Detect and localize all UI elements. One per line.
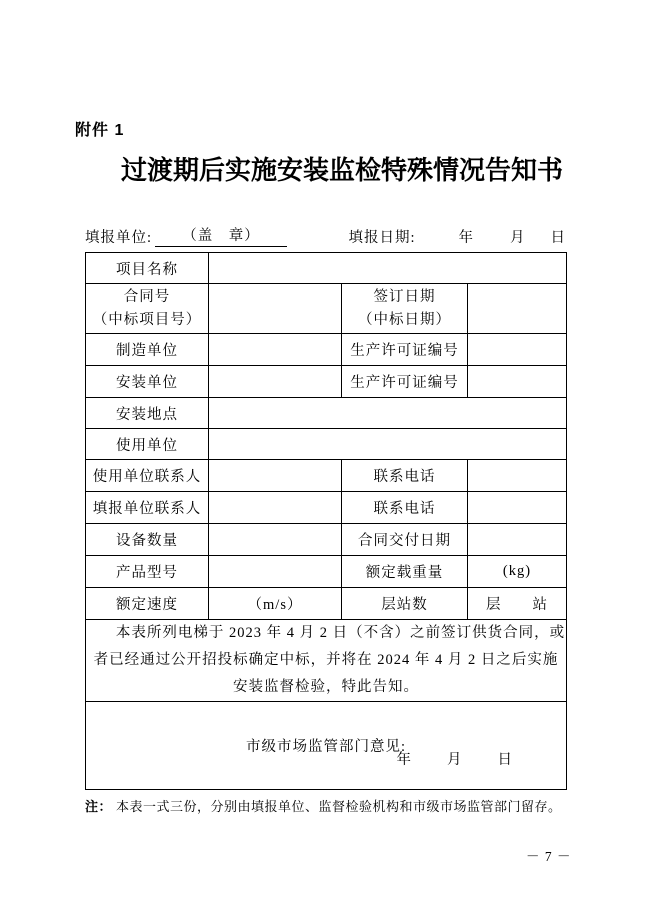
table-row: 项目名称 xyxy=(86,253,567,284)
label-cell: 项目名称 xyxy=(86,253,209,284)
fill-in-header-line: 填报单位: （盖 章） 填报日期: 年 月 日 xyxy=(85,224,566,247)
document-title: 过渡期后实施安装监检特殊情况告知书 xyxy=(121,150,563,187)
table-row: 安装单位 生产许可证编号 xyxy=(86,366,567,398)
report-date-label: 填报日期: xyxy=(348,226,415,247)
value-cell xyxy=(209,492,342,524)
table-row: 制造单位 生产许可证编号 xyxy=(86,334,567,366)
value-cell xyxy=(468,284,567,334)
month-label: 月 xyxy=(447,748,462,769)
label-cell: 额定速度 xyxy=(86,588,209,620)
table-row: 安装地点 xyxy=(86,398,567,429)
value-cell xyxy=(209,524,342,556)
label-cell: 签订日期 （中标日期） xyxy=(342,284,468,334)
table-row: 合同号 （中标项目号） 签订日期 （中标日期） xyxy=(86,284,567,334)
value-cell xyxy=(468,334,567,366)
label-cell: 使用单位 xyxy=(86,429,209,460)
year-label: 年 xyxy=(397,748,412,769)
value-cell xyxy=(468,492,567,524)
label-cell: 额定载重量 xyxy=(342,556,468,588)
day-label: 日 xyxy=(498,748,513,769)
table-row: 额定速度 （m/s） 层站数 层 站 xyxy=(86,588,567,620)
unit-cell: 层 站 xyxy=(468,588,567,620)
label-cell: 设备数量 xyxy=(86,524,209,556)
label-line: 合同号 xyxy=(86,286,208,309)
unit-cell: (kg) xyxy=(468,556,567,588)
value-cell xyxy=(209,460,342,492)
label-cell: 合同号 （中标项目号） xyxy=(86,284,209,334)
label-line: 签订日期 xyxy=(342,286,467,309)
footnote-text: 本表一式三份，分别由填报单位、监督检验机构和市级市场监管部门留存。 xyxy=(116,799,562,814)
year-label: 年 xyxy=(459,226,475,247)
opinion-date-line: 年 月 日 xyxy=(397,748,513,769)
table-row: 使用单位 xyxy=(86,429,567,460)
label-cell: 联系电话 xyxy=(342,460,468,492)
label-cell: 安装单位 xyxy=(86,366,209,398)
notice-text: 本表所列电梯于 2023 年 4 月 2 日（不含）之前签订供货合同，或者已经通… xyxy=(86,620,566,701)
label-cell: 使用单位联系人 xyxy=(86,460,209,492)
table-row: 设备数量 合同交付日期 xyxy=(86,524,567,556)
value-cell xyxy=(209,334,342,366)
form-table: 项目名称 合同号 （中标项目号） 签订日期 （中标日期） 制造单位 生产许可证编… xyxy=(85,252,567,790)
opinion-cell: 市级市场监管部门意见: 年 月 日 xyxy=(86,702,567,790)
table-row: 本表所列电梯于 2023 年 4 月 2 日（不含）之前签订供货合同，或者已经通… xyxy=(86,620,567,702)
notice-cell: 本表所列电梯于 2023 年 4 月 2 日（不含）之前签订供货合同，或者已经通… xyxy=(86,620,567,702)
label-line: （中标项目号） xyxy=(86,309,208,332)
opinion-label: 市级市场监管部门意见: xyxy=(246,739,406,755)
page-number: － 7 － xyxy=(526,845,572,865)
table-row: 填报单位联系人 联系电话 xyxy=(86,492,567,524)
reporting-unit-label: 填报单位: xyxy=(85,226,152,247)
label-cell: 填报单位联系人 xyxy=(86,492,209,524)
footnote-prefix: 注： xyxy=(85,799,112,814)
table-row: 产品型号 额定载重量 (kg) xyxy=(86,556,567,588)
value-cell xyxy=(468,366,567,398)
value-cell xyxy=(209,284,342,334)
value-cell xyxy=(468,524,567,556)
value-cell xyxy=(209,398,567,429)
table-row: 市级市场监管部门意见: 年 月 日 xyxy=(86,702,567,790)
label-cell: 联系电话 xyxy=(342,492,468,524)
value-cell xyxy=(209,429,567,460)
value-cell xyxy=(209,366,342,398)
label-cell: 安装地点 xyxy=(86,398,209,429)
label-cell: 制造单位 xyxy=(86,334,209,366)
value-cell xyxy=(468,460,567,492)
value-cell xyxy=(209,556,342,588)
value-cell xyxy=(209,253,567,284)
table-row: 使用单位联系人 联系电话 xyxy=(86,460,567,492)
label-cell: 生产许可证编号 xyxy=(342,366,468,398)
label-cell: 合同交付日期 xyxy=(342,524,468,556)
day-label: 日 xyxy=(551,226,567,247)
attachment-label: 附件 1 xyxy=(75,117,124,140)
label-line: （中标日期） xyxy=(342,309,467,332)
label-cell: 层站数 xyxy=(342,588,468,620)
month-label: 月 xyxy=(510,226,526,247)
document-page: 附件 1 过渡期后实施安装监检特殊情况告知书 填报单位: （盖 章） 填报日期:… xyxy=(0,0,647,918)
unit-cell: （m/s） xyxy=(209,588,342,620)
reporting-unit-blank: （盖 章） xyxy=(155,224,287,247)
label-cell: 产品型号 xyxy=(86,556,209,588)
label-cell: 生产许可证编号 xyxy=(342,334,468,366)
footnote: 注：本表一式三份，分别由填报单位、监督检验机构和市级市场监管部门留存。 xyxy=(85,796,565,815)
